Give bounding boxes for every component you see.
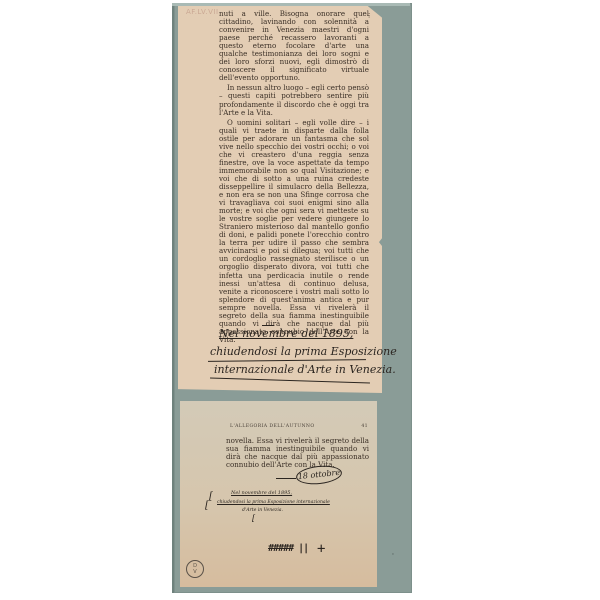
paragraph: In nessun altro luogo – egli certo pensò…	[219, 84, 369, 116]
pencil-reference: AF.LV.VII	[186, 8, 219, 16]
bracketed-line-2: chiudendosi la prima Esposizione interna…	[217, 500, 330, 505]
printed-text-top: nuti a ville. Bisogna onorare quel citta…	[219, 10, 369, 344]
board-top-edge	[172, 3, 410, 6]
library-stamp: D V	[186, 560, 204, 578]
bracketed-line-1: Nel novembre del 1895,	[231, 490, 292, 496]
handwritten-line-3: internazionale d'Arte in Venezia.	[214, 363, 396, 377]
handwritten-line-2: chiudendosi la prima Esposizione	[210, 345, 397, 359]
short-rule	[262, 325, 274, 326]
bracketed-line-3: d'Arte in Venezia.	[242, 508, 283, 513]
stamp-letter: V	[187, 569, 203, 575]
cross-mark: +	[317, 541, 325, 557]
page-number: 41	[361, 424, 368, 429]
paragraph: O uomini solitari – egli volle dire – i …	[219, 119, 369, 344]
handwritten-line-1: Nel novembre del 1895,	[219, 327, 353, 341]
bracket-mark: [	[209, 491, 213, 502]
bracket-mark: [	[205, 500, 209, 511]
running-head-title: L'ALLEGORIA DELL'AUTUNNO	[230, 424, 315, 429]
printed-text-bottom: novella. Essa vi rivelerà il segreto del…	[226, 437, 369, 469]
paragraph: novella. Essa vi rivelerà il segreto del…	[226, 437, 369, 469]
dash-rule	[276, 478, 296, 479]
board-mark: '	[392, 552, 394, 560]
running-head: L'ALLEGORIA DELL'AUTUNNO 41	[230, 424, 368, 429]
paragraph: nuti a ville. Bisogna onorare quel citta…	[219, 10, 369, 82]
tally-marks: ##### ||	[268, 543, 308, 554]
bracket-mark: [	[252, 514, 255, 523]
